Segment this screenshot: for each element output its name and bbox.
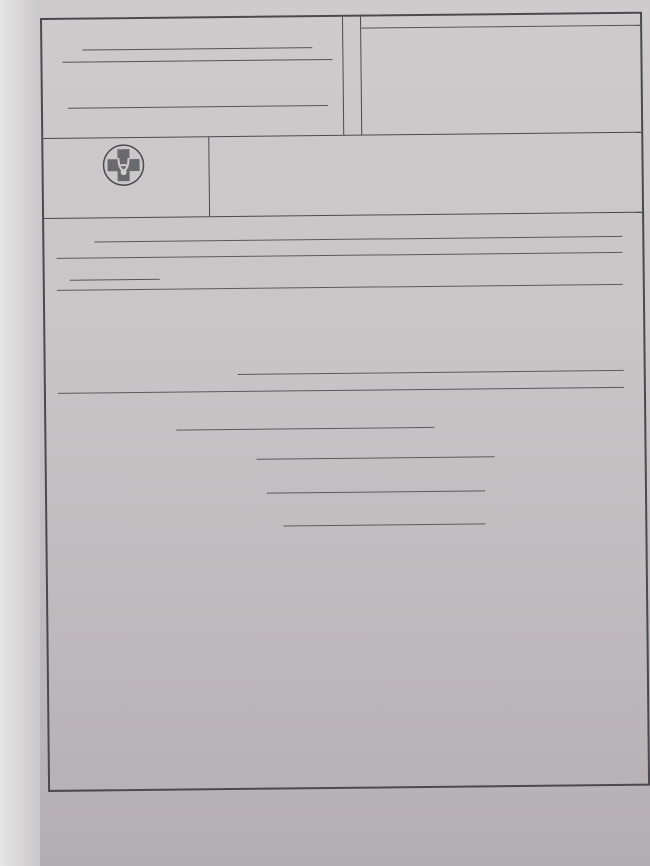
workplace-value-line [238,370,624,375]
dates-heading [58,394,634,400]
illness-date-label [58,410,634,416]
extract-subtitle [209,166,642,171]
birth-date-field [57,294,633,300]
workplace-field [58,355,634,361]
form-header [42,14,641,139]
hospital-name [62,59,332,63]
blood-type [209,189,642,194]
logo-text [64,191,189,192]
approved-label [362,82,641,85]
residence-field [57,324,633,330]
hospital-address [68,105,328,109]
extract-title [208,150,641,155]
diagnosis-label [60,542,636,548]
extract-title-block [43,132,642,219]
discharge-date-label [59,507,635,513]
paper-background-edge [0,0,40,866]
medical-documentation-title [361,22,640,29]
institution-block [42,17,344,138]
form-number [361,44,640,47]
recipient-value [164,221,582,225]
order-label [362,104,641,107]
department-name [82,47,312,51]
hospital-logo [43,136,210,218]
referral-date-label [58,440,634,446]
patient-name-field [57,260,633,281]
patient-name-value [69,265,159,281]
admission-date-label [59,474,635,480]
discharge-form [40,12,650,792]
ministry-title [72,27,322,30]
okhmatdyt-cross-logo-icon [101,143,145,187]
documentation-block [360,14,641,135]
